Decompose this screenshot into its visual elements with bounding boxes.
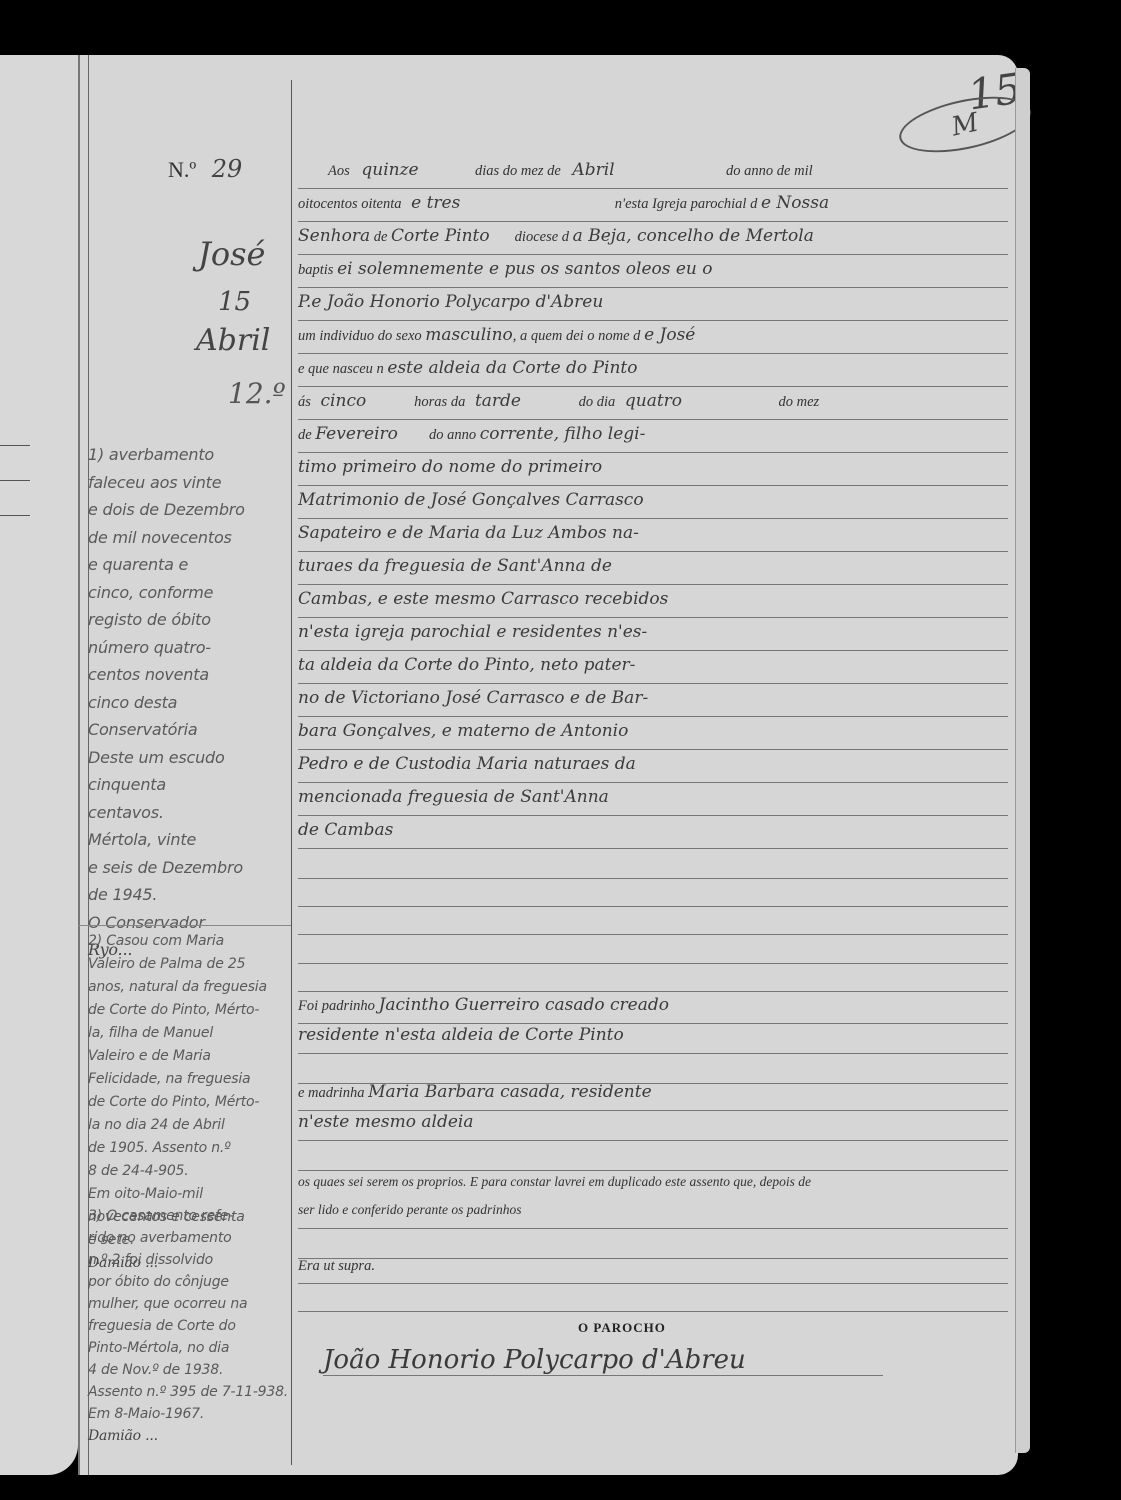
page-edge — [1015, 68, 1030, 1453]
handwritten-year: e tres — [405, 188, 611, 218]
handwritten-day: quinze — [353, 155, 471, 185]
handwritten-text: turaes da freguesia de Sant'Anna de — [298, 556, 612, 576]
handwritten-hour: cinco — [315, 386, 411, 416]
note-line: de Corte do Pinto, Mérto- — [88, 1091, 291, 1114]
margin-baptized-name: José — [198, 235, 265, 273]
godmother-label: e madrinha — [298, 1085, 364, 1101]
handwritten-text: Sapateiro e de Maria da Luz Ambos na- — [298, 523, 639, 543]
godfather-line-2: residente n'esta aldeia de Corte Pinto — [298, 1020, 1008, 1054]
godmother-line-2: n'este mesmo aldeia — [298, 1107, 1008, 1141]
godfather-label: Foi padrinho — [298, 998, 375, 1014]
handwritten-text: bara Gonçalves, e materno de Antonio — [298, 721, 628, 741]
facing-page-edge — [0, 55, 78, 1475]
note-divider — [78, 925, 291, 926]
note-line: Valeiro de Palma de 25 — [88, 953, 291, 976]
handwritten-month: Abril — [564, 155, 722, 185]
note-line: mulher, que ocorreu na — [88, 1293, 291, 1315]
printed-text: e que nasceu n — [298, 361, 384, 377]
note-line: Pinto-Mértola, no dia — [88, 1337, 291, 1359]
record-line-3: Senhora de Corte Pinto diocese d a Beja,… — [298, 221, 1008, 255]
note-line: Valeiro e de Maria — [88, 1045, 291, 1068]
margin-tick — [0, 445, 30, 446]
note-line: Deste um escudo — [88, 744, 291, 772]
note-line: centos noventa — [88, 661, 291, 689]
note-line: la, filha de Manuel — [88, 1022, 291, 1045]
handwritten-place: Corte Pinto — [391, 221, 511, 251]
printed-text: ás — [298, 394, 311, 410]
handwritten-birthplace: este aldeia da Corte do Pinto — [387, 358, 637, 378]
note-line: 3) O casamento refe- — [88, 1205, 291, 1227]
parocho-label: O PAROCHO — [578, 1320, 666, 1336]
record-line-16: ta aldeia da Corte do Pinto, neto pater- — [298, 650, 1008, 684]
note-line: anos, natural da freguesia — [88, 976, 291, 999]
godfather-line-1: Foi padrinho Jacintho Guerreiro casado c… — [298, 990, 1008, 1024]
record-line-7: e que nasceu n este aldeia da Corte do P… — [298, 353, 1008, 387]
note-line: de 1905. Assento n.º — [88, 1137, 291, 1160]
note-line: Em 8-Maio-1967. — [88, 1403, 291, 1425]
note-signature: Damião ... — [88, 1425, 291, 1447]
note-line: de Corte do Pinto, Mérto- — [88, 999, 291, 1022]
record-line-6: um individuo do sexo masculino, a quem d… — [298, 320, 1008, 354]
handwritten-text: timo primeiro do nome do primeiro — [298, 457, 602, 477]
note-line: Assento n.º 395 de 7-11-938. — [88, 1381, 291, 1403]
handwritten-sex: masculino — [425, 325, 513, 345]
handwritten-text: ei solemnemente e pus os santos oleos eu… — [337, 259, 712, 279]
note-line: cinco desta — [88, 689, 291, 717]
printed-text: dias do mez de — [475, 163, 561, 179]
printed-text: do dia — [579, 394, 616, 410]
handwritten-diocese: a Beja, concelho de Mertola — [573, 226, 814, 246]
handwritten-priest-name: P.e João Honorio Polycarpo d'Abreu — [298, 292, 603, 312]
handwritten-text: Pedro e de Custodia Maria naturaes da — [298, 754, 636, 774]
closing-text: os quaes sei serem os proprios. E para c… — [298, 1174, 811, 1189]
blank-line — [298, 958, 1008, 992]
printed-text: um individuo do sexo — [298, 328, 422, 344]
printed-text: do anno de mil — [726, 163, 813, 179]
printed-text: Aos — [328, 163, 350, 179]
handwritten-period: tarde — [469, 386, 575, 416]
note-line: centavos. — [88, 799, 291, 827]
handwritten-text: ta aldeia da Corte do Pinto, neto pater- — [298, 655, 635, 675]
record-line-1: Aos quinze dias do mez de Abril do anno … — [298, 155, 1008, 189]
margin-order: 12.º — [228, 377, 286, 410]
note-line: Em oito-Maio-mil — [88, 1183, 291, 1206]
handwritten-text: Matrimonio de José Gonçalves Carrasco — [298, 490, 644, 510]
note-line: Felicidade, na freguesia — [88, 1068, 291, 1091]
closing-text: ser lido e conferido perante os padrinho… — [298, 1202, 521, 1217]
record-line-15: n'esta igreja parochial e residentes n'e… — [298, 617, 1008, 651]
record-line-13: turaes da freguesia de Sant'Anna de — [298, 551, 1008, 585]
handwritten-text: corrente, filho legi- — [480, 424, 646, 444]
margin-day: 15 — [218, 287, 251, 317]
godmother-line-1: e madrinha Maria Barbara casada, residen… — [298, 1077, 1008, 1111]
record-line-18: bara Gonçalves, e materno de Antonio — [298, 716, 1008, 750]
godmother-residence: n'este mesmo aldeia — [298, 1112, 473, 1132]
record-line-20: mencionada freguesia de Sant'Anna — [298, 782, 1008, 816]
note-line: cinquenta — [88, 771, 291, 799]
note-line: cinco, conforme — [88, 579, 291, 607]
printed-text: de — [374, 229, 388, 245]
margin-tick — [0, 515, 30, 516]
record-line-21: de Cambas — [298, 815, 1008, 849]
margin-tick — [0, 480, 30, 481]
note-line: rido no averbamento — [88, 1227, 291, 1249]
note-line: e quarenta e — [88, 551, 291, 579]
note-line: por óbito do cônjuge — [88, 1271, 291, 1293]
note-line: Mértola, vinte — [88, 826, 291, 854]
handwritten-parish: e Nossa — [761, 193, 829, 213]
record-line-10: timo primeiro do nome do primeiro — [298, 452, 1008, 486]
record-line-9: de Fevereiro do anno corrente, filho leg… — [298, 419, 1008, 453]
note-line: Conservatória — [88, 716, 291, 744]
handwritten-birth-month: Fevereiro — [315, 419, 425, 449]
record-line-12: Sapateiro e de Maria da Luz Ambos na- — [298, 518, 1008, 552]
note-line: freguesia de Corte do — [88, 1315, 291, 1337]
note-line: 8 de 24-4-905. — [88, 1160, 291, 1183]
handwritten-text: Senhora — [298, 226, 370, 246]
note-line: de 1945. — [88, 881, 291, 909]
printed-text: a quem dei o nome d — [520, 328, 640, 344]
note-line: la no dia 24 de Abril — [88, 1114, 291, 1137]
note-line: faleceu aos vinte — [88, 469, 291, 497]
blank-line — [298, 1137, 1008, 1171]
note-line: número quatro- — [88, 634, 291, 662]
godmother-name: Maria Barbara casada, residente — [368, 1082, 652, 1102]
printed-text: de — [298, 427, 312, 443]
record-line-4: baptis ei solemnemente e pus os santos o… — [298, 254, 1008, 288]
godfather-residence: residente n'esta aldeia de Corte Pinto — [298, 1025, 624, 1045]
parocho-signature: João Honorio Polycarpo d'Abreu — [323, 1345, 883, 1376]
printed-text: diocese d — [515, 229, 569, 245]
handwritten-text: Cambas, e este mesmo Carrasco recebidos — [298, 589, 668, 609]
printed-text: do anno — [429, 427, 476, 443]
record-line-17: no de Victoriano José Carrasco e de Bar- — [298, 683, 1008, 717]
blank-line — [298, 1278, 1008, 1312]
handwritten-text: no de Victoriano José Carrasco e de Bar- — [298, 688, 648, 708]
godfather-name: Jacintho Guerreiro casado creado — [379, 995, 669, 1015]
record-line-5: P.e João Honorio Polycarpo d'Abreu — [298, 287, 1008, 321]
handwritten-text: n'esta igreja parochial e residentes n'e… — [298, 622, 647, 642]
handwritten-text: de Cambas — [298, 820, 393, 840]
printed-text: do mez — [778, 394, 819, 410]
closing-line-2: ser lido e conferido perante os padrinho… — [298, 1195, 1008, 1229]
printed-text: oitocentos oitenta — [298, 196, 402, 212]
note-line: e dois de Dezembro — [88, 496, 291, 524]
handwritten-name: e José — [644, 325, 695, 345]
printed-text: n'esta Igreja parochial d — [615, 196, 758, 212]
note-line: 4 de Nov.º de 1938. — [88, 1359, 291, 1381]
entry-number-value: 29 — [212, 155, 243, 183]
printed-text: horas da — [414, 394, 465, 410]
note-line: n.º 2 foi dissolvido — [88, 1249, 291, 1271]
record-line-19: Pedro e de Custodia Maria naturaes da — [298, 749, 1008, 783]
note-line: e seis de Dezembro — [88, 854, 291, 882]
register-page: 15 M N.º 29 José 15 Abril 12.º 1) averba… — [78, 55, 1018, 1475]
handwritten-birth-day: quatro — [619, 386, 775, 416]
record-line-8: ás cinco horas da tarde do dia quatro do… — [298, 386, 1008, 420]
annotation-3-dissolution: 3) O casamento refe- rido no averbamento… — [88, 1205, 291, 1447]
entry-number-label: N.º — [168, 157, 196, 182]
note-line: 1) averbamento — [88, 441, 291, 469]
record-line-11: Matrimonio de José Gonçalves Carrasco — [298, 485, 1008, 519]
note-line: 2) Casou com Maria — [88, 930, 291, 953]
note-line: registo de óbito — [88, 606, 291, 634]
note-line: de mil novecentos — [88, 524, 291, 552]
annotation-1-death: 1) averbamento faleceu aos vinte e dois … — [88, 441, 291, 964]
printed-text: baptis — [298, 262, 333, 278]
entry-number: N.º 29 — [168, 155, 242, 183]
record-line-14: Cambas, e este mesmo Carrasco recebidos — [298, 584, 1008, 618]
handwritten-text: mencionada freguesia de Sant'Anna — [298, 787, 609, 807]
record-line-2: oitocentos oitenta e tres n'esta Igreja … — [298, 188, 1008, 222]
margin-month: Abril — [196, 323, 270, 358]
column-divider — [291, 80, 292, 1465]
